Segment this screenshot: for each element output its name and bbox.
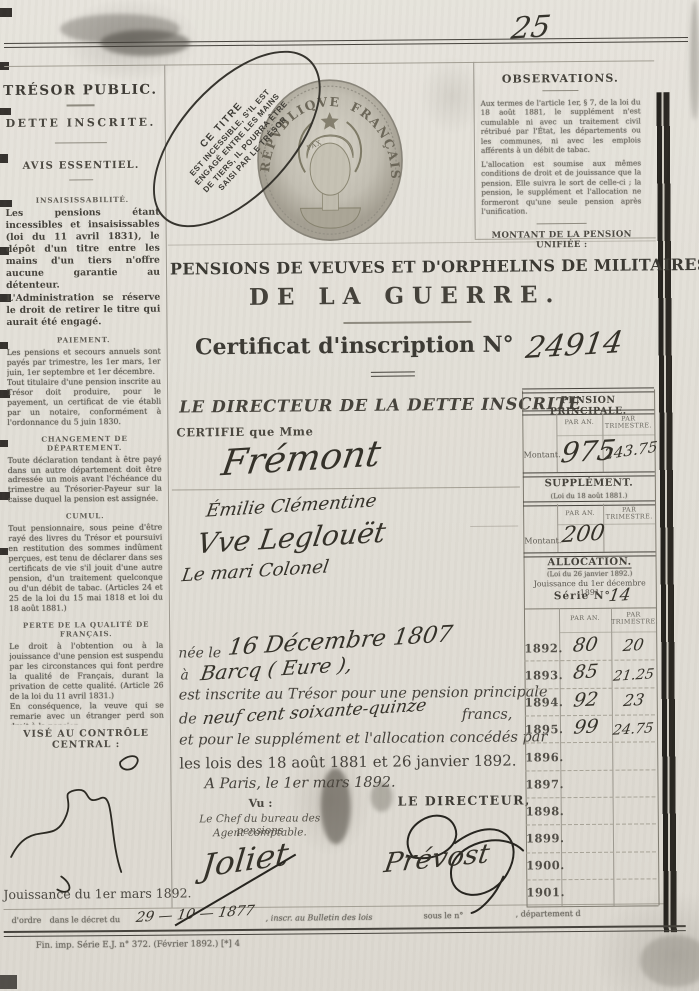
notice-title: PAIEMENT. <box>7 334 161 344</box>
bulletin-des-lois-label: , inscr. au Bulletin des lois <box>266 913 373 923</box>
ornament-rule <box>67 104 95 106</box>
notice-body: Toute déclaration tendant à être payé da… <box>8 454 162 505</box>
vu-label: Vu : <box>249 797 273 810</box>
allocation-title: ALLOCATION. <box>524 556 656 568</box>
tresor-public-heading: TRÉSOR PUBLIC. <box>2 82 158 99</box>
beneficiary-widow-name: Vve Leglouët <box>195 516 388 560</box>
writing-guide-rule <box>470 526 518 527</box>
ordre-label: d'ordre <box>12 916 42 925</box>
notice-section: PAIEMENT. Les pensions et secours annuel… <box>7 334 162 427</box>
certificate-number-line: Certificat d'inscription N° 24914 <box>179 327 639 366</box>
sous-le-numero-label: sous le n° <box>424 911 464 920</box>
dette-inscrite-heading: DETTE INSCRITE. <box>3 116 159 130</box>
birthplace-label: à <box>180 667 188 683</box>
notice-section: INSAISISSABILITÉ. Les pensions étant inc… <box>5 195 160 329</box>
agent-comptable-label: Agent comptable. <box>175 826 345 839</box>
supplement-col-an-header: PAR AN. <box>557 510 603 518</box>
supplement-par-an-value: 200 <box>560 521 606 549</box>
avis-essentiel-heading: AVIS ESSENTIEL. <box>3 160 159 172</box>
body-line-laws: les lois des 18 août 1881 et 26 janvier … <box>179 752 516 773</box>
printer-imprint: Fin. imp. Série E.J. n° 372. (Février 18… <box>36 939 240 951</box>
montant-pension-unifiee-label: MONTANT DE LA PENSION UNIFIÉE : <box>482 229 642 250</box>
observations-box: OBSERVATIONS. Aux termes de l'article 1e… <box>480 71 642 250</box>
beneficiary-surname: Frémont <box>219 434 384 485</box>
notice-section: CHANGEMENT DE DÉPARTEMENT. Toute déclara… <box>7 433 162 505</box>
decret-label: dans le décret du <box>50 915 121 925</box>
serie-label: Série N° <box>554 590 611 602</box>
allocation-title-text: ALLOCATION. <box>547 557 631 570</box>
allocation-trim-value: 23 <box>623 690 646 710</box>
notice-title: INSAISISSABILITÉ. <box>5 195 159 205</box>
ornament-rule <box>537 223 587 224</box>
certificate-number: 24914 <box>524 325 626 366</box>
allocation-year: 1901. <box>526 885 561 899</box>
scanned-certificate-page: TRÉSOR PUBLIC. DETTE INSCRITE. AVIS ESSE… <box>0 0 699 991</box>
supplement-montant-label: Montant. <box>524 536 561 545</box>
allocation-trim-value: 21.25 <box>613 666 656 684</box>
allocation-year: 1900. <box>526 858 561 872</box>
certifie-label: CERTIFIE que Mme <box>176 424 313 439</box>
alloc-row-separator <box>526 878 658 880</box>
certificate-label: Certificat d'inscription N° <box>195 332 514 361</box>
ornament-rule <box>55 142 107 143</box>
allocation-an-value: 80 <box>571 633 599 656</box>
allocation-year: 1899. <box>526 831 561 845</box>
serie-number-value: 14 <box>607 585 632 606</box>
panel-rule <box>522 387 654 393</box>
pension-col-trim-header: PAR TRIMESTRE. <box>602 415 654 430</box>
inner-top-rule <box>4 60 654 67</box>
panel-rule <box>524 607 656 609</box>
allocation-an-value: 99 <box>572 715 600 738</box>
allocation-year: 1897. <box>525 777 560 791</box>
amount-pre-label: de <box>179 711 197 727</box>
left-column-notices: INSAISISSABILITÉ. Les pensions étant inc… <box>5 188 164 725</box>
main-title-line1: PENSIONS DE VEUVES ET D'ORPHELINS DE MIL… <box>170 255 640 278</box>
notice-title: CHANGEMENT DE DÉPARTEMENT. <box>7 433 161 452</box>
observations-paragraph: Aux termes de l'article 1er, § 7, de la … <box>481 97 641 155</box>
allocation-an-value: 92 <box>572 688 600 711</box>
signature-scrawl <box>2 744 178 896</box>
pension-montant-label: Montant. <box>524 450 561 459</box>
allocation-year: 1896. <box>525 750 560 764</box>
notice-body: Les pensions étant incessibles et insais… <box>5 207 160 329</box>
allocation-trim-value: 20 <box>622 635 645 655</box>
allocation-an-value: 85 <box>572 660 600 683</box>
alloc-row-separator <box>526 796 658 798</box>
main-title-line2: DE LA GUERRE. <box>170 280 640 311</box>
notice-section: CUMUL. Tout pensionnaire, sous peine d'ê… <box>8 511 163 614</box>
top-border-rule <box>4 37 688 48</box>
title-divider <box>371 371 415 376</box>
notice-body: Tout pensionnaire, sous peine d'être ray… <box>8 523 163 614</box>
writing-guide-rule <box>172 487 520 491</box>
ornament-rule <box>542 90 578 91</box>
pension-col-an-header: PAR AN. <box>556 419 602 427</box>
allocation-year: 1898. <box>526 804 561 818</box>
decret-date-value: 29 — 10 — 1877 <box>135 903 256 926</box>
alloc-col-trim-header: PAR TRIMESTRE. <box>611 611 656 626</box>
allocation-trim-value: 24.75 <box>612 720 655 738</box>
supplement-col-trim-header: PAR TRIMESTRE. <box>603 506 655 521</box>
supplement-title: SUPPLÉMENT. <box>523 477 655 489</box>
alloc-row-separator <box>526 823 658 825</box>
allocation-year: 1893. <box>524 668 559 682</box>
title-divider <box>343 321 471 324</box>
alloc-row-separator <box>526 851 658 853</box>
supplement-subtitle: (Loi du 18 août 1881.) <box>523 491 655 500</box>
observations-paragraph: L'allocation est soumise aux mêmes condi… <box>481 158 641 216</box>
notice-title: CUMUL. <box>8 511 162 521</box>
allocation-law-subtitle: (Loi du 26 janvier 1892.) <box>524 569 656 578</box>
signature-joliet: Joliet <box>200 835 290 885</box>
born-label: née le <box>178 645 221 661</box>
allocation-year: 1892. <box>524 641 559 655</box>
observations-divider <box>473 62 476 239</box>
body-line-supplement: et pour le supplément et l'allocation co… <box>179 729 547 748</box>
alloc-col-an-header: PAR AN. <box>559 615 611 623</box>
director-heading: LE DIRECTEUR DE LA DETTE INSCRITE <box>179 395 514 417</box>
corner-number: 25 <box>509 9 553 46</box>
notice-body: Le droit à l'obtention ou à la jouissanc… <box>9 641 164 725</box>
notice-body: Les pensions et secours annuels sont pay… <box>7 346 162 427</box>
jouissance-footer-line: Jouissance du 1er mars 1892. <box>3 885 191 902</box>
notice-title: PERTE DE LA QUALITÉ DE FRANÇAIS. <box>9 620 163 639</box>
panel-rule <box>527 905 659 907</box>
allocation-year: 1895. <box>525 722 560 736</box>
observations-title: OBSERVATIONS. <box>480 71 640 85</box>
bottom-border-rule <box>4 925 686 937</box>
alloc-row-separator <box>525 741 657 743</box>
birthplace-value: Barcq ( Eure ), <box>199 652 354 685</box>
husband-rank-note: Le mari Colonel <box>180 556 330 586</box>
certificate-sheet: TRÉSOR PUBLIC. DETTE INSCRITE. AVIS ESSE… <box>0 0 699 991</box>
amount-post-label: francs, <box>462 707 513 723</box>
departement-label: , département d <box>516 909 581 919</box>
alloc-row-separator <box>525 769 657 771</box>
allocation-year: 1894. <box>525 695 560 709</box>
ornament-rule <box>69 179 93 180</box>
notice-section: PERTE DE LA QUALITÉ DE FRANÇAIS. Le droi… <box>9 620 164 725</box>
